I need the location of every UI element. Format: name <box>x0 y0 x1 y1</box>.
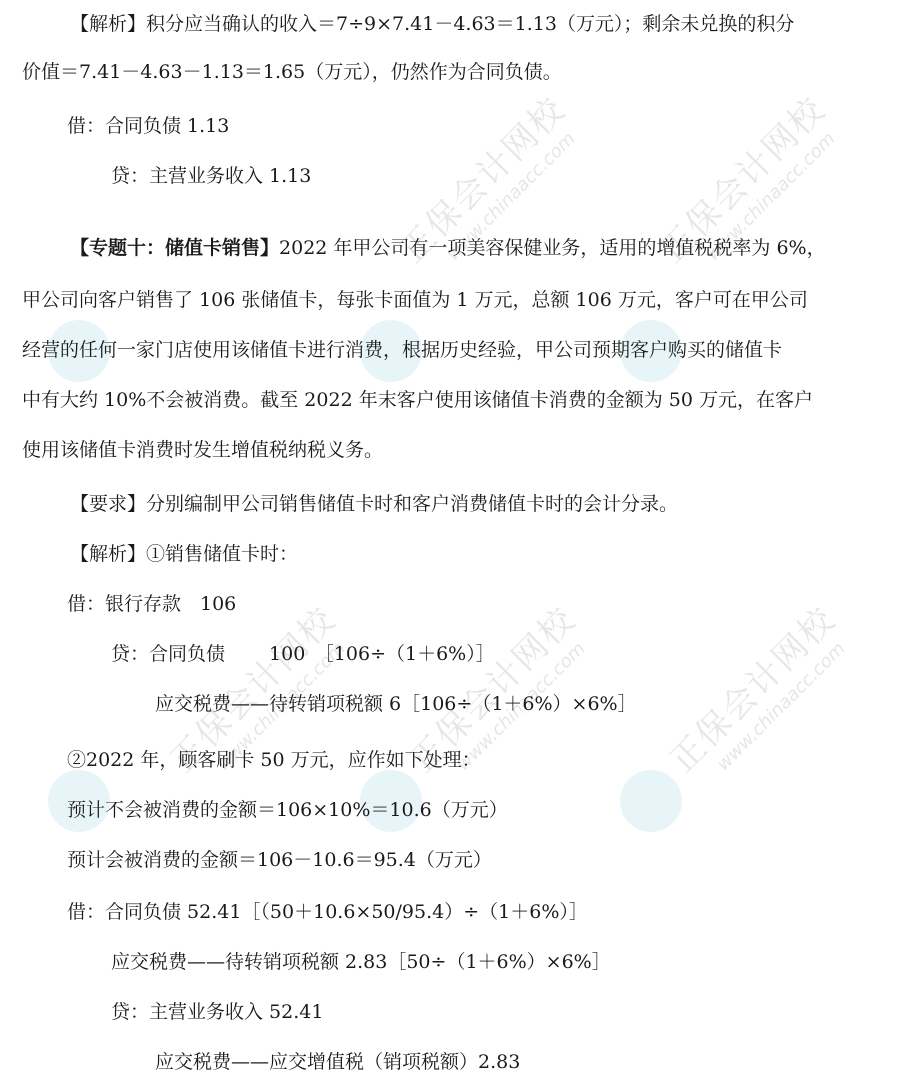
topic-body-line3: 经营的任何一家门店使用该储值卡进行消费，根据历史经验，甲公司预期客户购买的储值卡 <box>22 338 782 362</box>
watermark-logo-icon <box>620 770 682 832</box>
watermark: 正保会计网校 www.chinaacc.com <box>657 594 859 796</box>
entry1-debit: 借：银行存款 106 <box>67 592 236 616</box>
watermark-url: www.chinaacc.com <box>713 629 859 775</box>
topic-first-line: 【专题十：储值卡销售】2022 年甲公司有一项美容保健业务，适用的增值税税率为 … <box>70 236 826 260</box>
entry1-credit2: 应交税费——待转销项税额 6［106÷（1＋6%）×6%］ <box>155 692 637 716</box>
topic-body-line5: 使用该储值卡消费时发生增值税纳税义务。 <box>22 438 383 462</box>
prev-analysis-line2: 价值＝7.41－4.63－1.13＝1.65（万元），仍然作为合同负债。 <box>22 60 562 84</box>
entry2-debit2: 应交税费——待转销项税额 2.83［50÷（1＋6%）×6%］ <box>111 950 611 974</box>
watermark-text: 正保会计网校 <box>657 594 844 781</box>
prev-debit-entry: 借：合同负债 1.13 <box>67 114 229 138</box>
calc-used-amount: 预计会被消费的金额＝106－10.6＝95.4（万元） <box>67 848 492 872</box>
step2-heading: ②2022 年，顾客刷卡 50 万元，应作如下处理： <box>67 748 481 772</box>
prev-analysis-line1: 【解析】积分应当确认的收入＝7÷9×7.41－4.63＝1.13（万元）；剩余未… <box>70 12 794 36</box>
entry2-credit1: 贷：主营业务收入 52.41 <box>111 1000 323 1024</box>
entry2-credit2: 应交税费——应交增值税（销项税额）2.83 <box>155 1050 520 1074</box>
topic-body-line2: 甲公司向客户销售了 106 张储值卡，每张卡面值为 1 万元，总额 106 万元… <box>22 288 808 312</box>
topic-body-line4: 中有大约 10%不会被消费。截至 2022 年末客户使用该储值卡消费的金额为 5… <box>22 388 813 412</box>
prev-credit-entry: 贷：主营业务收入 1.13 <box>111 164 311 188</box>
calc-unused-amount: 预计不会被消费的金额＝106×10%＝10.6（万元） <box>67 798 508 822</box>
entry2-debit1: 借：合同负债 52.41［（50＋10.6×50/95.4）÷（1＋6%）］ <box>67 900 588 924</box>
entry1-credit1: 贷：合同负债 100 ［106÷（1＋6%）］ <box>111 642 495 666</box>
analysis-heading: 【解析】①销售储值卡时： <box>70 542 298 566</box>
topic-title: 【专题十：储值卡销售】 <box>70 237 279 259</box>
topic-body-line1: 2022 年甲公司有一项美容保健业务，适用的增值税税率为 6%， <box>279 237 826 259</box>
requirement: 【要求】分别编制甲公司销售储值卡时和客户消费储值卡时的会计分录。 <box>70 492 678 516</box>
